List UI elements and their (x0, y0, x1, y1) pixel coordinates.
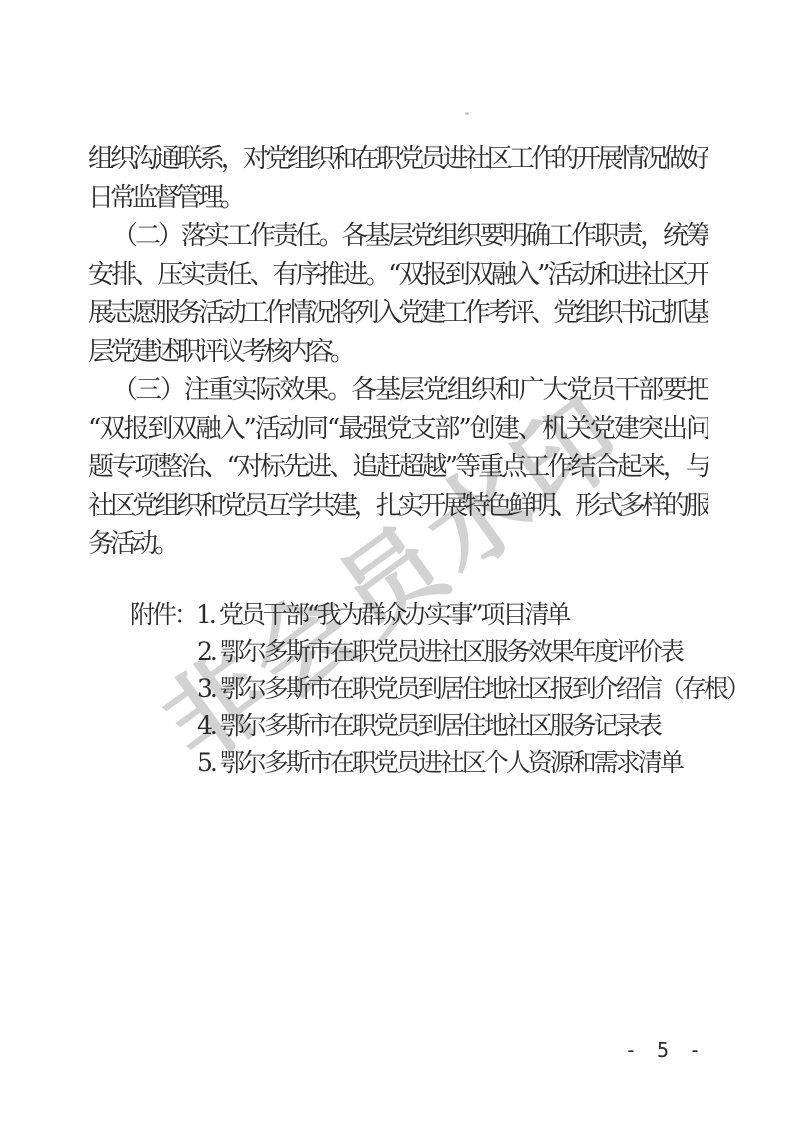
body-line: 务活动。 (88, 525, 708, 564)
attachments-label: 附件： (130, 600, 196, 629)
attachment-line: 附件：1. 党员干部“我为群众办实事”项目清单 (130, 596, 730, 633)
document-body: 组织沟通联系，对党组织和在职党员进社区工作的开展情况做好 日常监督管理。 （二）… (88, 140, 708, 564)
page-number: - 5 - (610, 1038, 720, 1062)
body-line: 日常监督管理。 (88, 179, 708, 218)
scan-artifact-speck (465, 112, 469, 115)
document-page: 非会员水印 组织沟通联系，对党组织和在职党员进社区工作的开展情况做好 日常监督管… (0, 0, 794, 1123)
body-line: （三）注重实际效果。各基层党组织和广大党员干部要把 (88, 371, 708, 410)
body-line: “双报到双融入”活动同“最强党支部”创建、机关党建突出问 (88, 410, 708, 449)
body-line: 题专项整治、“对标先进、追赶超越”等重点工作结合起来，与 (88, 448, 708, 487)
body-line: 组织沟通联系，对党组织和在职党员进社区工作的开展情况做好 (88, 140, 708, 179)
attachment-item: 2. 鄂尔多斯市在职党员进社区服务效果年度评价表 (130, 633, 730, 670)
body-line: 社区党组织和党员互学共建，扎实开展特色鲜明、形式多样的服 (88, 487, 708, 526)
attachments-section: 附件：1. 党员干部“我为群众办实事”项目清单 2. 鄂尔多斯市在职党员进社区服… (130, 596, 730, 781)
body-line: 展志愿服务活动工作情况将列入党建工作考评、党组织书记抓基 (88, 294, 708, 333)
body-line: 安排、压实责任、有序推进。“双报到双融入”活动和进社区开 (88, 256, 708, 295)
body-line: 层党建述职评议考核内容。 (88, 333, 708, 372)
body-line: （二）落实工作责任。各基层党组织要明确工作职责，统筹 (88, 217, 708, 256)
attachment-item: 1. 党员干部“我为群众办实事”项目清单 (196, 600, 568, 629)
attachment-item: 4. 鄂尔多斯市在职党员到居住地社区服务记录表 (130, 707, 730, 744)
attachment-item: 3. 鄂尔多斯市在职党员到居住地社区报到介绍信（存根） (130, 670, 730, 707)
attachment-item: 5. 鄂尔多斯市在职党员进社区个人资源和需求清单 (130, 744, 730, 781)
